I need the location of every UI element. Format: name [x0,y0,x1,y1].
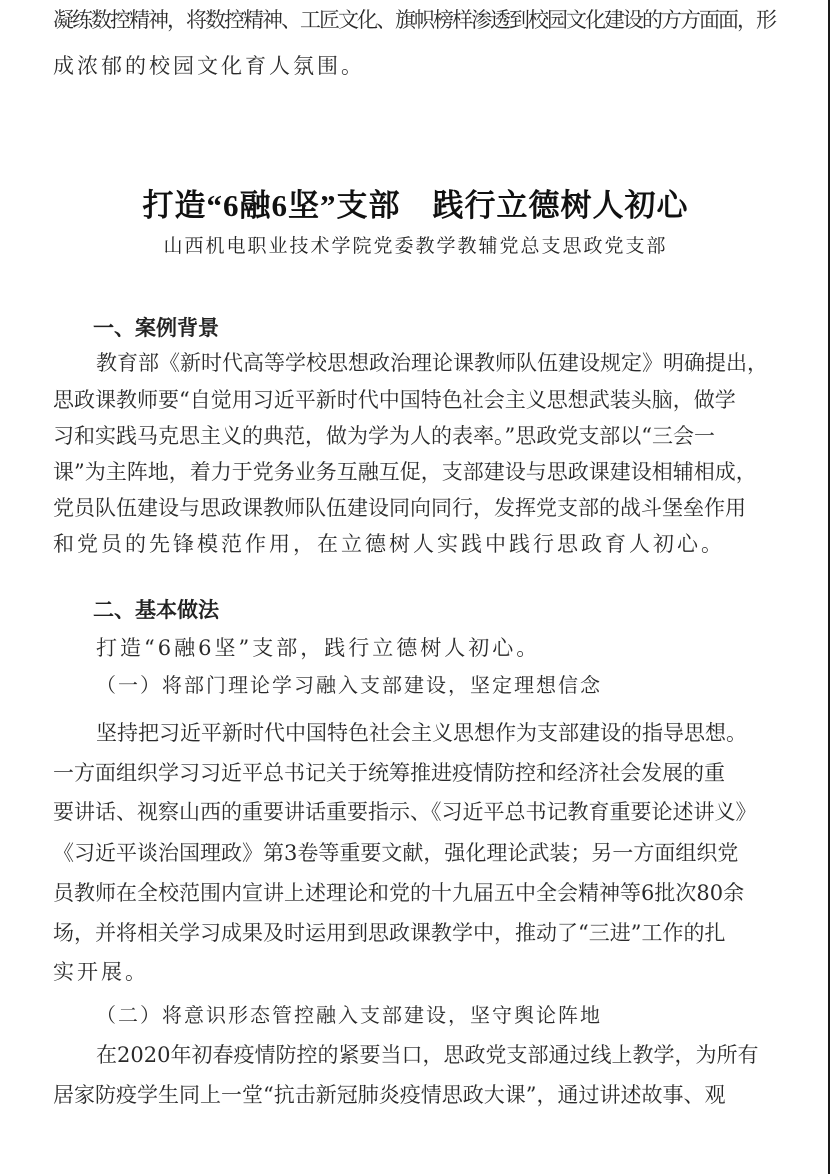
paragraph-line: 员教师在全校范围内宣讲上述理论和党的十九届五中全会精神等6批次80余 [53,879,777,907]
paragraph-line: 教育部《新时代高等学校思想政治理论课教师队伍建设规定》明确提出， [96,349,777,377]
paragraph-line: 一方面组织学习习近平总书记关于统筹推进疫情防控和经济社会发展的重 [53,759,777,787]
paragraph-line: 场，并将相关学习成果及时运用到思政课教学中，推动了“三进”工作的扎 [53,919,777,947]
paragraph-line: 课”为主阵地，着力于党务业务互融互促，支部建设与思政课建设相辅相成， [53,458,777,486]
section-heading: 一、案例背景 [93,314,219,342]
paragraph-line: 成浓郁的校园文化育人氛围。 [53,52,777,80]
paragraph-line: 坚持把习近平新时代中国特色社会主义思想作为支部建设的指导思想。 [96,719,777,747]
document-page: 凝练数控精神，将数控精神、工匠文化、旗帜榜样渗透到校园文化建设的方方面面，形 成… [0,0,831,1174]
page-edge-border [828,0,830,1174]
paragraph-line: 在2020年初春疫情防控的紧要当口，思政党支部通过线上教学，为所有 [96,1041,777,1069]
subsection-heading: （二）将意识形态管控融入支部建设，坚守舆论阵地 [96,1001,602,1029]
paragraph-line: 和党员的先锋模范作用，在立德树人实践中践行思政育人初心。 [53,530,777,558]
paragraph-line: 习和实践马克思主义的典范，做为学为人的表率。”思政党支部以“三会一 [53,422,777,450]
article-subtitle: 山西机电职业技术学院党委教学教辅党总支思政党支部 [0,232,831,260]
paragraph-line: 凝练数控精神，将数控精神、工匠文化、旗帜榜样渗透到校园文化建设的方方面面，形 [53,6,777,34]
subsection-heading: （一）将部门理论学习融入支部建设，坚定理想信念 [96,671,602,699]
paragraph-line: 实开展。 [53,958,777,986]
section-heading: 二、基本做法 [93,596,219,624]
paragraph-line: 党员队伍建设与思政课教师队伍建设同向同行，发挥党支部的战斗堡垒作用 [53,494,777,522]
paragraph-line: 《习近平谈治国理政》第3卷等重要文献，强化理论武装；另一方面组织党 [53,839,777,867]
paragraph-line: 打造“6融6坚”支部，践行立德树人初心。 [96,634,777,662]
paragraph-line: 要讲话、视察山西的重要讲话重要指示、《习近平总书记教育重要论述讲义》 [53,798,777,826]
article-title: 打造“6融6坚”支部 践行立德树人初心 [0,186,831,226]
paragraph-line: 思政课教师要“自觉用习近平新时代中国特色社会主义思想武装头脑，做学 [53,386,777,414]
paragraph-line: 居家防疫学生同上一堂“抗击新冠肺炎疫情思政大课”，通过讲述故事、观 [53,1081,777,1109]
